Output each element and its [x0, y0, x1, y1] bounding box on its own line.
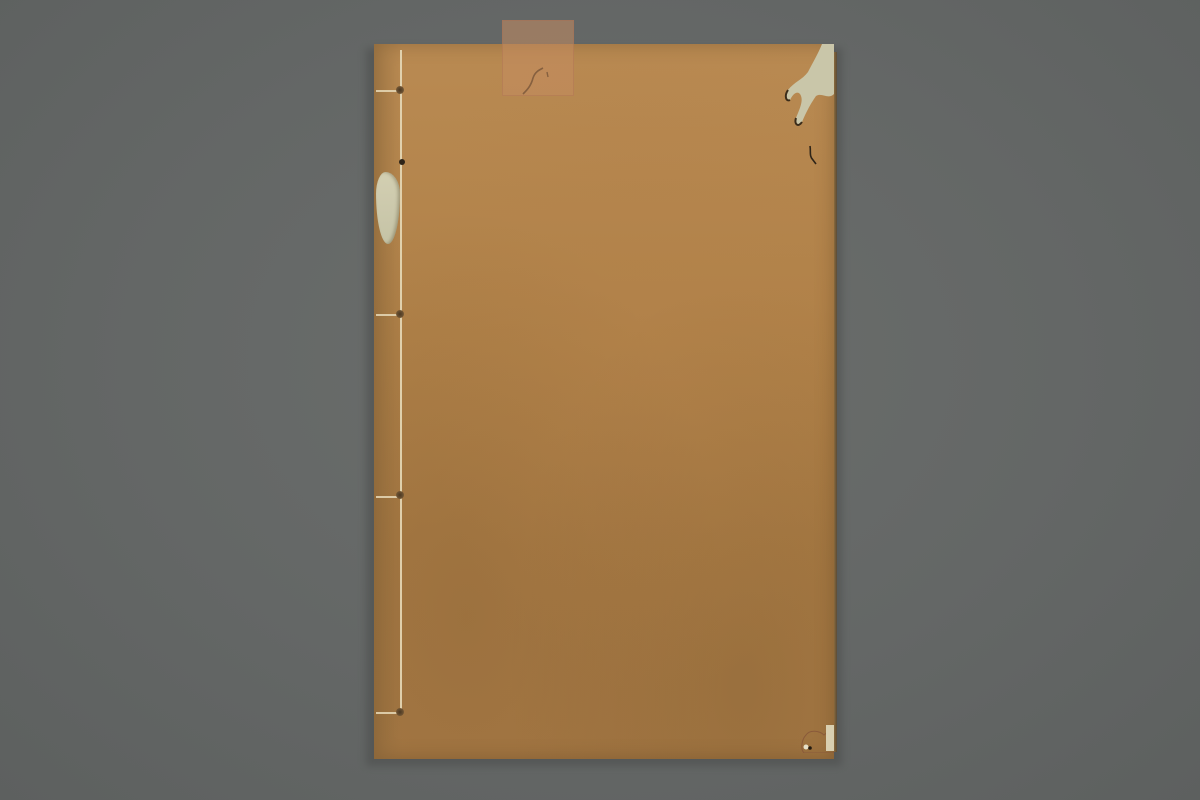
insect-hole — [399, 159, 405, 165]
stitch-hole — [396, 491, 404, 499]
stitch-hole — [396, 310, 404, 318]
worn-patch-bottom-right — [798, 723, 834, 753]
page-block-edge — [834, 52, 837, 752]
book-cover — [374, 44, 834, 759]
binding-thread — [400, 50, 402, 715]
faded-label-slip — [502, 20, 574, 96]
spine-edge — [374, 44, 402, 759]
worn-patch-top-right — [782, 44, 834, 130]
stitch-hole — [396, 86, 404, 94]
ink-mark-right — [807, 144, 819, 166]
photo-background — [0, 0, 1200, 800]
stitch-hole — [396, 708, 404, 716]
